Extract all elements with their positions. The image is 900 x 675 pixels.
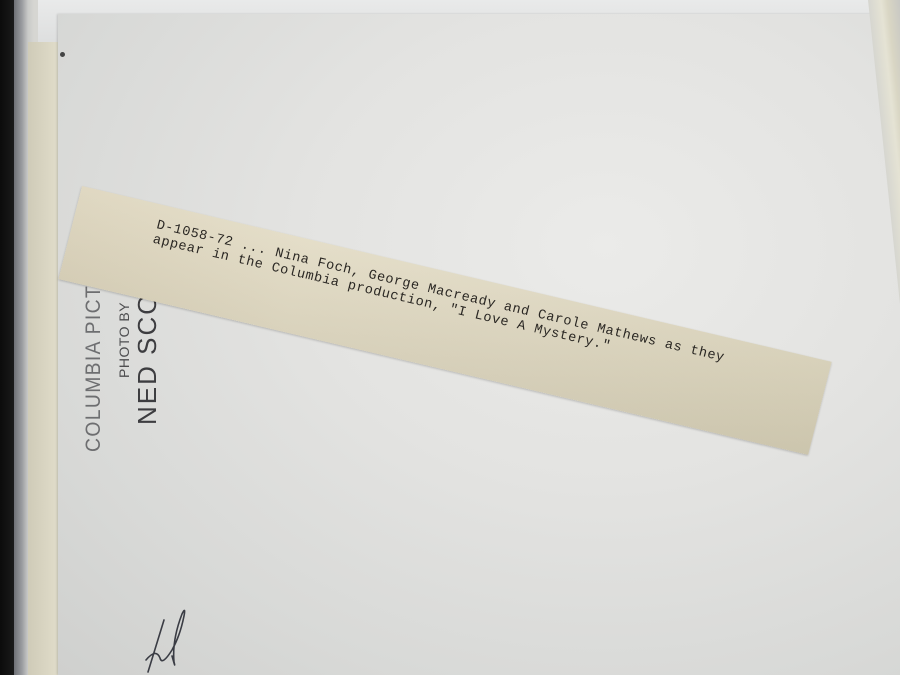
pin-hole [60, 52, 65, 57]
signature-mark [142, 600, 202, 675]
studio-stamp-company: COLUMBIA PICTU [82, 269, 106, 452]
studio-stamp-photographer: NED SCO [132, 293, 163, 425]
studio-stamp-credit-label: PHOTO BY [116, 302, 132, 378]
